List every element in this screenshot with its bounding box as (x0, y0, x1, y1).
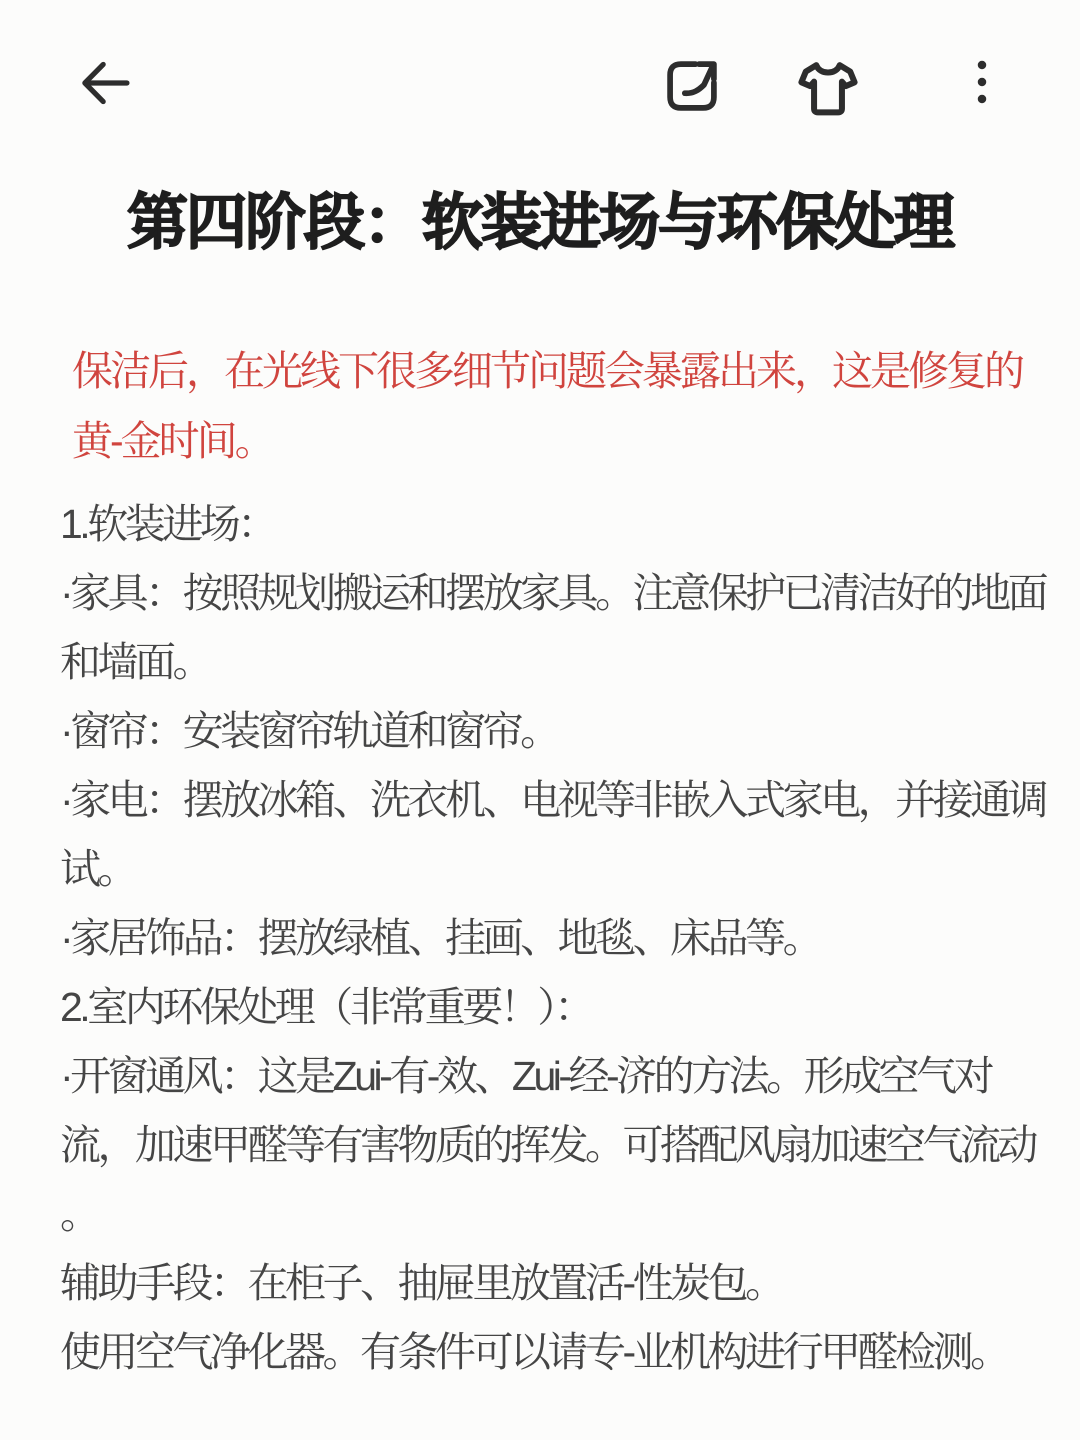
body-line: 流，加速甲醛等有害物质的挥发。可搭配风扇加速空气流动 (60, 1111, 1060, 1180)
body-line: 1.软装进场： (60, 490, 1060, 559)
body-line: ·家电：摆放冰箱、洗衣机、电视等非嵌入式家电，并接通调 (60, 766, 1060, 835)
body-line: ·开窗通风：这是Zui-有-效、Zui-经-济的方法。形成空气对 (60, 1042, 1060, 1111)
clothing-search-button[interactable] (790, 50, 866, 126)
body-paragraphs: 1.软装进场： ·家具：按照规划搬运和摆放家具。注意保护已清洁好的地面 和墙面。… (60, 490, 1060, 1387)
note-detail-page: 第四阶段：软装进场与环保处理 保洁后，在光线下很多细节问题会暴露出来，这是修复的… (0, 0, 1080, 1440)
body-line: 。 (60, 1180, 1060, 1249)
body-line: 辅助手段：在柜子、抽屉里放置活-性炭包。 (60, 1249, 1060, 1318)
page-title: 第四阶段：软装进场与环保处理 (0, 178, 1080, 266)
body-line: 试。 (60, 835, 1060, 904)
body-line: 2.室内环保处理（非常重要！）： (60, 973, 1060, 1042)
body-line: ·窗帘：安装窗帘轨道和窗帘。 (60, 697, 1060, 766)
back-arrow-icon (74, 52, 136, 114)
back-button[interactable] (74, 52, 136, 114)
highlight-line: 保洁后，在光线下很多细节问题会暴露出来，这是修复的 (72, 336, 1032, 406)
tshirt-icon (790, 50, 866, 126)
body-line: ·家具：按照规划搬运和摆放家具。注意保护已清洁好的地面 (60, 559, 1060, 628)
highlight-line: 黄-金时间。 (72, 406, 1032, 476)
body-line: 使用空气净化器。有条件可以请专-业机构进行甲醛检测。 (60, 1318, 1060, 1387)
highlight-paragraph: 保洁后，在光线下很多细节问题会暴露出来，这是修复的 黄-金时间。 (72, 336, 1032, 476)
more-options-button[interactable] (952, 52, 1012, 112)
body-line: 和墙面。 (60, 628, 1060, 697)
share-button[interactable] (656, 50, 728, 122)
toolbar (0, 0, 1080, 150)
share-external-icon (656, 50, 728, 122)
more-menu-kebab-icon (952, 52, 1012, 112)
body-line: ·家居饰品：摆放绿植、挂画、地毯、床品等。 (60, 904, 1060, 973)
